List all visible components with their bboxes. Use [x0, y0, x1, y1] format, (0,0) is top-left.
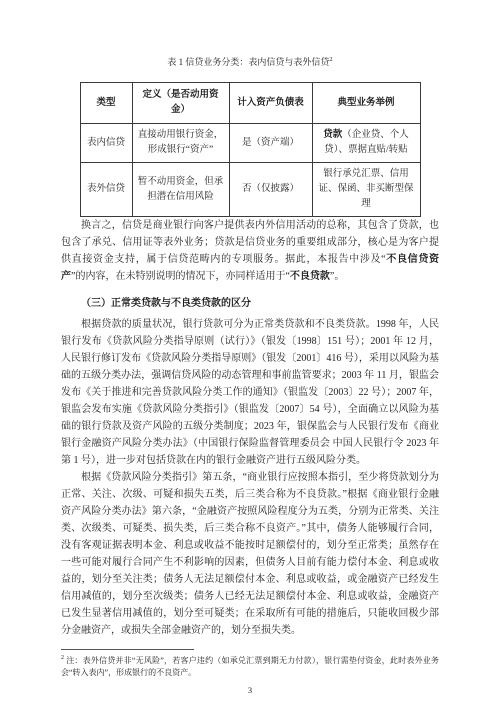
cell-balance: 是（资产端）	[229, 124, 312, 163]
cell-balance: 否（仅披露）	[229, 163, 312, 217]
header-balance-sheet: 计入资产负债表	[229, 83, 312, 124]
cell-examples: 贷款（企业贷、个人贷）、票据直贴/转贴	[312, 124, 420, 163]
cell-definition: 直接动用银行资金，形成银行“资产”	[132, 124, 229, 163]
paragraph-credit-definition: 换言之，信贷是商业银行向客户提供表内外信用活动的总称，其包含了贷款，也包含了承兑…	[61, 217, 439, 285]
footnote-body: 注：表外信贷并非“无风险”，若客户违约（如承兑汇票到期无力付款），银行需垫付资金…	[61, 656, 439, 677]
document-page: 表 1 信贷业务分类：表内信贷与表外信贷2 类型 定义（是否动用资金） 计入资产…	[0, 0, 500, 707]
paragraph-segment: ”。	[330, 271, 344, 282]
footnote-marker: 2	[61, 655, 64, 661]
section-heading-normal-vs-nonperforming: （三）正常类贷款与不良类贷款的区分	[61, 295, 439, 312]
credit-classification-table: 类型 定义（是否动用资金） 计入资产负债表 典型业务举例 表内信贷 直接动用银行…	[80, 82, 421, 217]
term-bad-loans: 不良贷款	[290, 271, 330, 282]
paragraph-segment: 换言之，信贷是商业银行向客户提供表内外信用活动的总称，其包含了贷款，也包含了承兑…	[61, 220, 439, 265]
cell-examples-bold: 贷款	[323, 130, 342, 140]
paragraph-regulation-history: 根据贷款的质量状况，银行贷款可分为正常类贷款和不良类贷款。1998 年，人民银行…	[61, 316, 439, 469]
page-number: 3	[61, 685, 439, 695]
footnote-divider	[61, 649, 194, 650]
footnote-text: 2注：表外信贷并非“无风险”，若客户违约（如承兑汇票到期无力付款），银行需垫付资…	[61, 655, 439, 679]
header-definition: 定义（是否动用资金）	[132, 83, 229, 124]
cell-type: 表内信贷	[80, 124, 132, 163]
table-caption: 表 1 信贷业务分类：表内信贷与表外信贷2	[61, 56, 439, 69]
paragraph-segment: ”的内容，在未特别说明的情况下，亦同样适用于“	[71, 271, 290, 282]
cell-type: 表外信贷	[80, 163, 132, 217]
table-header-row: 类型 定义（是否动用资金） 计入资产负债表 典型业务举例	[80, 83, 420, 124]
table-row: 表外信贷 暂不动用资金，但承担潜在信用风险 否（仅披露） 银行承兑汇票、信用证、…	[80, 163, 420, 217]
table-caption-text: 表 1 信贷业务分类：表内信贷与表外信贷	[167, 57, 329, 67]
header-type: 类型	[80, 83, 132, 124]
header-examples: 典型业务举例	[312, 83, 420, 124]
table-row: 表内信贷 直接动用银行资金，形成银行“资产” 是（资产端） 贷款（企业贷、个人贷…	[80, 124, 420, 163]
cell-examples: 银行承兑汇票、信用证、保函、非买断型保理	[312, 163, 420, 217]
cell-definition: 暂不动用资金，但承担潜在信用风险	[132, 163, 229, 217]
paragraph-five-category-classification: 根据《贷款风险分类指引》第五条，“商业银行应按照本指引，至少将贷款划分为正常、关…	[61, 469, 439, 639]
table-caption-footnote-ref: 2	[329, 56, 332, 63]
